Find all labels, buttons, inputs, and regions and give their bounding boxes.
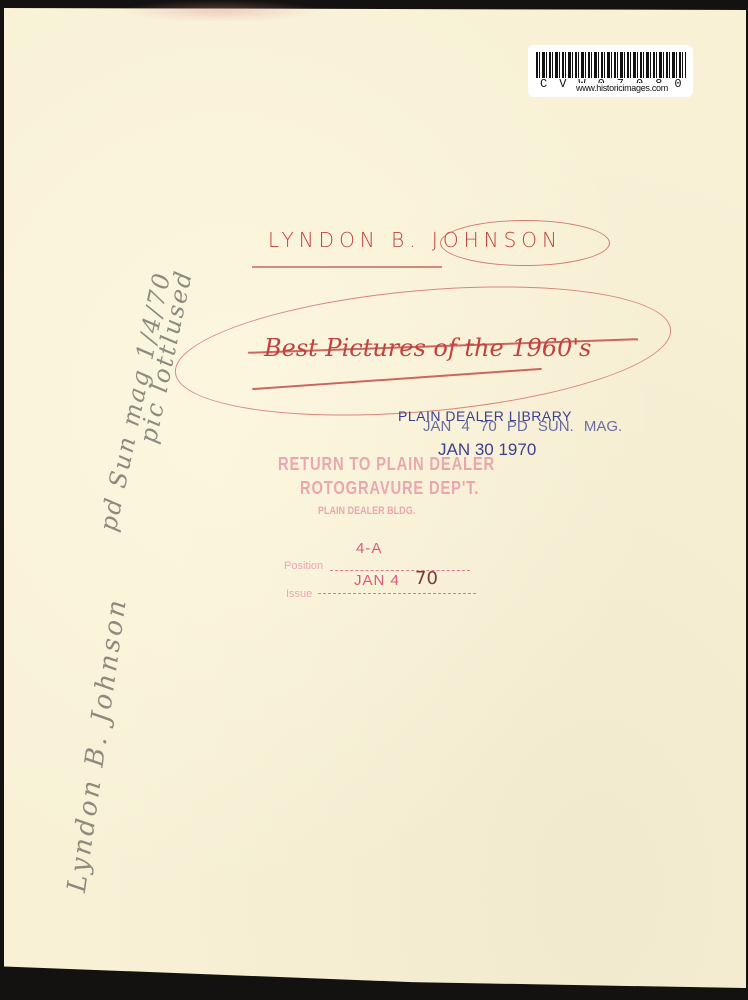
- issue-value: JAN 4: [354, 572, 400, 589]
- position-line: [330, 570, 470, 571]
- name-underline: [252, 266, 442, 268]
- return-stamp-line3: PLAIN DEALER BLDG.: [318, 505, 415, 517]
- position-label: Position: [284, 560, 323, 572]
- red-smudge: [120, 0, 320, 22]
- return-stamp-line2: ROTOGRAVURE DEP'T.: [300, 478, 479, 499]
- pd-sun-mag-stamp: JAN 4 70 PD SUN. MAG.: [423, 418, 622, 435]
- position-value: 4-A: [356, 540, 382, 557]
- name-circle: [440, 220, 610, 266]
- barcode-icon: [536, 52, 686, 78]
- issue-line: [318, 593, 476, 594]
- issue-year: 70: [415, 568, 438, 589]
- barcode-url: www.historicimages.com: [576, 83, 668, 93]
- issue-label: Issue: [286, 588, 312, 600]
- barcode-label: CVW07080 www.historicimages.com: [528, 45, 693, 97]
- caption-text: Best Pictures of the 1960's: [264, 334, 591, 362]
- return-stamp-line1: RETURN TO PLAIN DEALER: [278, 454, 495, 475]
